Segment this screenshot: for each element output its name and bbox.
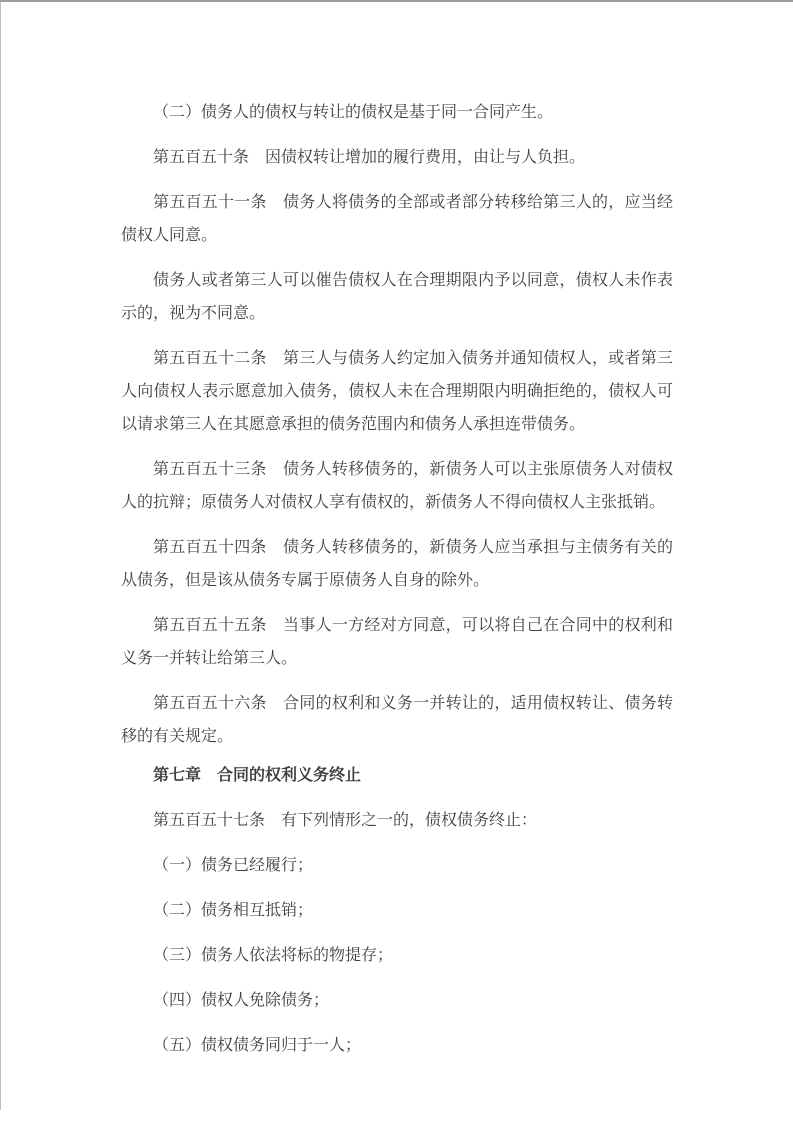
clause-item-2-same-contract: （二）债务人的债权与转让的债权是基于同一合同产生。	[121, 96, 673, 129]
article-550: 第五百五十条 因债权转让增加的履行费用，由让与人负担。	[121, 141, 673, 174]
article-556: 第五百五十六条 合同的权利和义务一并转让的，适用债权转让、债务转移的有关规定。	[121, 687, 673, 753]
article-557-item-2: （二）债务相互抵销；	[121, 894, 673, 927]
article-557-item-1: （一）债务已经履行；	[121, 849, 673, 882]
article-557-item-3: （三）债务人依法将标的物提存；	[121, 939, 673, 972]
chapter-7-heading: 第七章 合同的权利义务终止	[121, 759, 673, 792]
article-557-item-4: （四）债权人免除债务；	[121, 984, 673, 1017]
article-557-item-5: （五）债权债务同归于一人；	[121, 1029, 673, 1062]
article-555: 第五百五十五条 当事人一方经对方同意，可以将自己在合同中的权利和义务一并转让给第…	[121, 609, 673, 675]
article-551-para-2: 债务人或者第三人可以催告债权人在合理期限内予以同意，债权人未作表示的，视为不同意…	[121, 264, 673, 330]
article-552: 第五百五十二条 第三人与债务人约定加入债务并通知债权人，或者第三人向债权人表示愿…	[121, 342, 673, 441]
page-left-edge-line	[0, 2, 1, 1110]
article-551-para-1: 第五百五十一条 债务人将债务的全部或者部分转移给第三人的，应当经债权人同意。	[121, 186, 673, 252]
document-page: （二）债务人的债权与转让的债权是基于同一合同产生。 第五百五十条 因债权转让增加…	[0, 0, 793, 1122]
article-557-intro: 第五百五十七条 有下列情形之一的，债权债务终止：	[121, 804, 673, 837]
article-554: 第五百五十四条 债务人转移债务的，新债务人应当承担与主债务有关的从债务，但是该从…	[121, 531, 673, 597]
article-553: 第五百五十三条 债务人转移债务的，新债务人可以主张原债务人对债权人的抗辩；原债务…	[121, 453, 673, 519]
